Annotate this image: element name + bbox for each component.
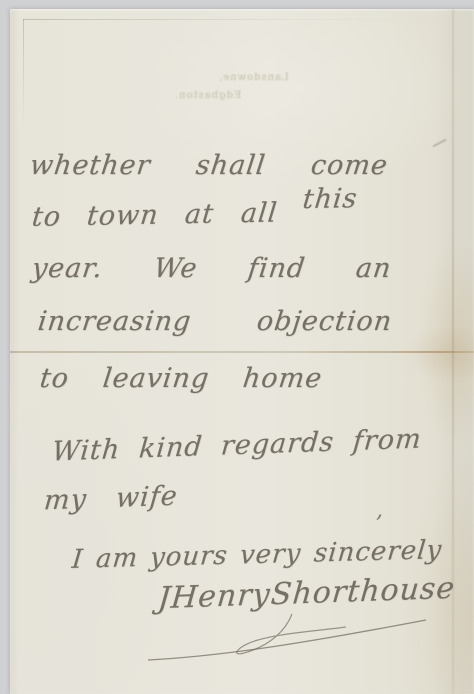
handwritten-line-6: Withkindregardsfrom [52,424,423,468]
word: to [30,201,62,233]
word: whether [28,150,152,181]
word: year. [30,253,105,284]
word: shall [194,150,267,181]
closing-line: Iamyoursverysincerely [72,535,443,575]
ink-smudge-mark [432,139,446,148]
handwritten-line-1: whethershallcome [30,150,388,181]
word: very [239,539,303,571]
word: an [355,253,394,284]
letterhead-ghost-line: Lansdowne, [218,72,289,83]
word: increasing [36,306,193,337]
word: to [38,363,71,394]
word: my [43,484,89,517]
paper-edge-left-line [23,19,24,129]
word: We [152,253,199,284]
handwritten-line-4: increasingobjection [38,306,392,337]
scan-background: Lansdowne, Edgbaston. whethershallcome t… [0,0,474,694]
word: leaving [101,363,211,394]
letterhead-ghost-line: Edgbaston. [174,90,241,101]
handwritten-line-2: totownatallthis [32,196,358,233]
word: I [71,545,85,575]
word: at [184,199,216,231]
word: With [51,434,122,467]
comma-mark: , [376,498,383,523]
signature: JHenryShorthouse [157,571,452,616]
handwritten-line-3: year.Wefindan [32,253,392,284]
word: from [352,423,423,457]
word: regards [220,427,336,462]
word: yours [149,541,230,573]
word: home [241,363,324,394]
word: all [239,198,279,230]
handwritten-line-7: mywife [43,481,178,517]
word: kind [138,431,204,464]
word: find [246,253,307,284]
horizontal-fold-crease [10,351,474,353]
word: come [309,150,390,181]
word: this [301,183,359,215]
word: wife [115,481,179,514]
paper-edge-top-line [23,19,453,20]
word: am [94,543,139,574]
handwritten-line-5: toleavinghome [40,363,322,394]
word: Shorthouse [269,571,456,613]
word: town [86,200,161,232]
signature-flourish [130,612,440,668]
word: sincerely [312,535,443,568]
word: Henry [170,577,273,616]
word: objection [255,306,394,337]
letter-paper: Lansdowne, Edgbaston. whethershallcome t… [10,9,474,694]
